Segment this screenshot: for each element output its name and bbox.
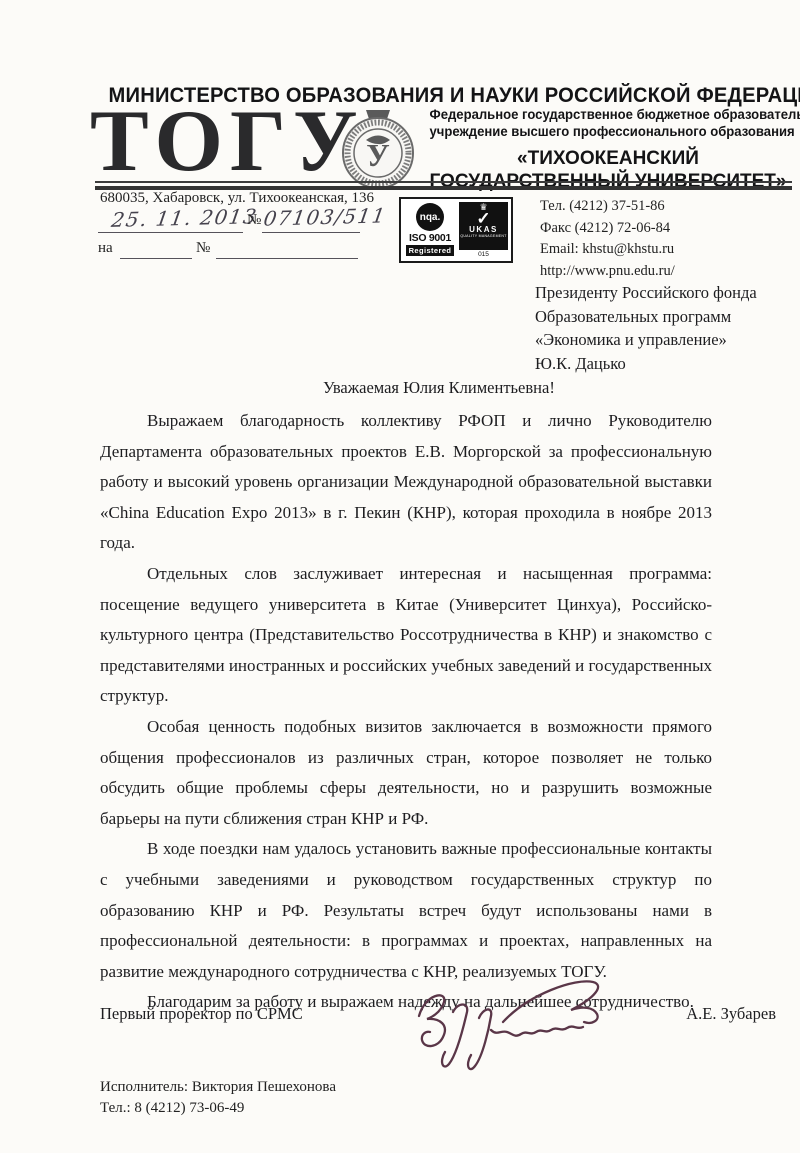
recipient-line: «Экономика и управление» [535, 328, 757, 352]
header-right-block: Федеральное государственное бюджетное об… [424, 106, 792, 193]
paragraph: Особая ценность подобных визитов заключа… [100, 712, 712, 834]
university-seal-icon: У [336, 106, 420, 192]
ukas-subtitle: QUALITY MANAGEMENT [460, 235, 506, 239]
org-line-2: учреждение высшего профессионального обр… [430, 123, 787, 140]
executor-phone: Тел.: 8 (4212) 73-06-49 [100, 1098, 336, 1119]
executor-block: Исполнитель: Виктория Пешехонова Тел.: 8… [100, 1077, 336, 1119]
recipient-block: Президенту Российского фонда Образовател… [535, 281, 757, 375]
reply-number-sign: № [196, 240, 210, 257]
ukas-label: UKAS [469, 226, 498, 234]
number-underline [262, 231, 360, 233]
handwritten-date: 25. 11. 2013 [110, 204, 259, 232]
registered-label: Registered [406, 245, 455, 256]
reply-prefix: на [98, 240, 113, 257]
phone-line: Тел. (4212) 37-51-86 [540, 196, 675, 218]
executor-name: Исполнитель: Виктория Пешехонова [100, 1077, 336, 1098]
paragraph: Отдельных слов заслуживает интересная и … [100, 559, 712, 712]
university-name-line-1: «ТИХООКЕАНСКИЙ [424, 147, 792, 170]
handwritten-number: 07103/511 [262, 203, 388, 230]
paragraph: В ходе поездки нам удалось установить ва… [100, 834, 712, 987]
signature-row: Первый проректор по СРМС А.Е. Зубарев [100, 1004, 776, 1024]
org-line-1: Федеральное государственное бюджетное об… [430, 106, 787, 123]
certification-badges: nqa. ISO 9001 Registered ♛ ✓ UKAS QUALIT… [399, 197, 513, 263]
nqa-iso-badge: nqa. ISO 9001 Registered [404, 202, 456, 258]
recipient-line: Образовательных программ [535, 305, 757, 329]
letter-scan-page: МИНИСТЕРСТВО ОБРАЗОВАНИЯ И НАУКИ РОССИЙС… [0, 0, 800, 1153]
header-divider [95, 181, 792, 190]
fax-line: Факс (4212) 72-06-84 [540, 218, 675, 240]
salutation: Уважаемая Юлия Климентьевна! [323, 378, 555, 398]
recipient-line: Ю.К. Дацько [535, 352, 757, 376]
paragraph: Выражаем благодарность коллективу РФОП и… [100, 406, 712, 559]
recipient-line: Президенту Российского фонда [535, 281, 757, 305]
email-line: Email: khstu@khstu.ru [540, 239, 675, 261]
nqa-logo-icon: nqa. [416, 203, 444, 231]
reply-date-underline [120, 257, 192, 259]
reply-number-underline [216, 257, 358, 259]
iso-9001-label: ISO 9001 [409, 232, 451, 244]
signer-position: Первый проректор по СРМС [100, 1004, 303, 1024]
contact-block: Тел. (4212) 37-51-86 Факс (4212) 72-06-8… [540, 196, 675, 282]
signer-name: А.Е. Зубарев [686, 1004, 776, 1024]
ukas-number: 015 [459, 250, 508, 258]
date-underline [98, 231, 243, 233]
website-line: http://www.pnu.edu.ru/ [540, 261, 675, 283]
togu-logo: ТОГУ [90, 98, 365, 186]
ukas-badge: ♛ ✓ UKAS QUALITY MANAGEMENT 015 [459, 202, 508, 258]
number-sign: № [247, 212, 261, 229]
letter-body: Выражаем благодарность коллективу РФОП и… [100, 406, 712, 1018]
